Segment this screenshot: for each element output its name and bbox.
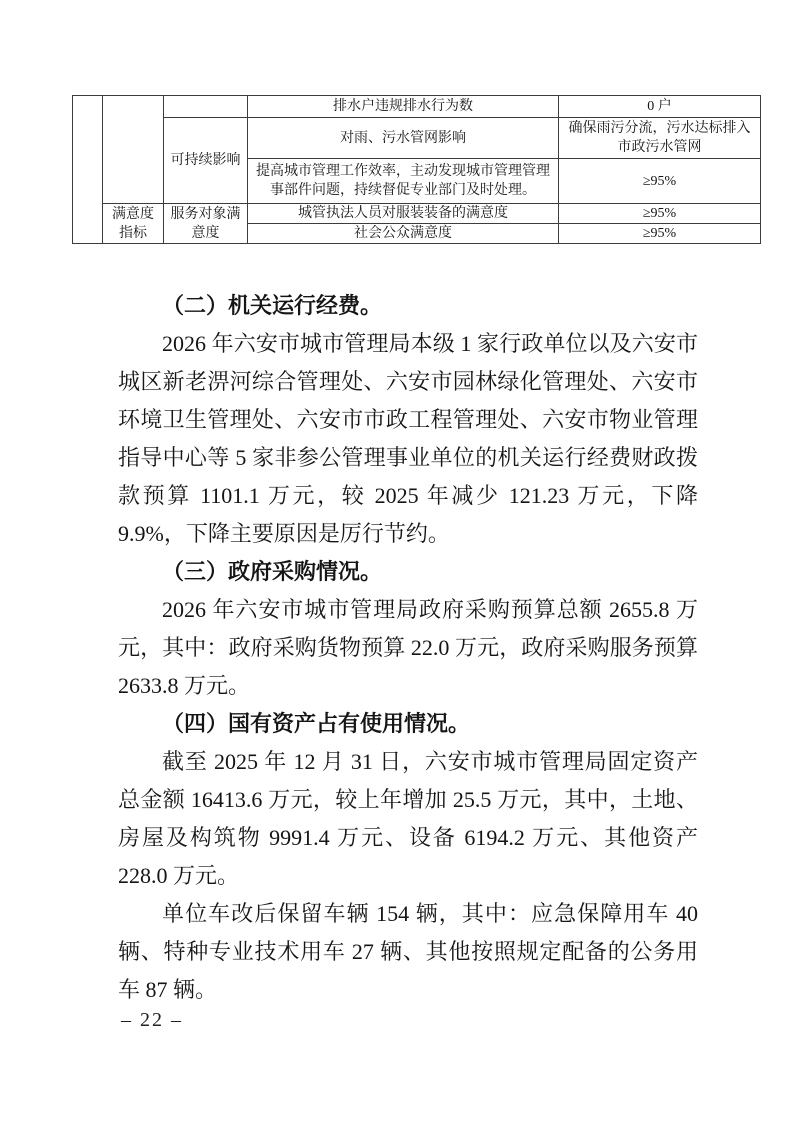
table-cell-indicator: 对雨、污水管网影响 [248,118,559,159]
section-heading-government-procurement: （三）政府采购情况。 [118,553,698,591]
table-row: 满意度指标 服务对象满意度 城管执法人员对服装装备的满意度 ≥95% [73,204,761,224]
paragraph-fixed-assets: 截至 2025 年 12 月 31 日，六安市城市管理局固定资产总金额 1641… [118,743,698,895]
table-cell-value: 0 户 [559,96,761,118]
section-heading-state-owned-assets: （四）国有资产占有使用情况。 [118,705,698,743]
paragraph-retained-vehicles: 单位车改后保留车辆 154 辆，其中：应急保障用车 40 辆、特种专业技术用车 … [118,895,698,1009]
paragraph-agency-operating-funds: 2026 年六安市城市管理局本级 1 家行政单位以及六安市城区新老淠河综合管理处… [118,325,698,553]
table-cell-value: ≥95% [559,159,761,204]
table-cell-indicator: 城管执法人员对服装装备的满意度 [248,204,559,224]
table-cell-group-satisfaction: 满意度指标 [103,204,164,244]
table-cell-indicator: 社会公众满意度 [248,224,559,244]
table-cell-indicator: 排水户违规排水行为数 [248,96,559,118]
table-row: 排水户违规排水行为数 0 户 [73,96,761,118]
table-cell-subgroup-sustainability: 可持续影响 [164,118,248,204]
section-heading-agency-operating-funds: （二）机关运行经费。 [118,287,698,325]
table-cell-value: 确保雨污分流，污水达标排入市政污水管网 [559,118,761,159]
paragraph-government-procurement: 2026 年六安市城市管理局政府采购预算总额 2655.8 万元，其中：政府采购… [118,591,698,705]
table-cell-value: ≥95% [559,224,761,244]
table-row: 可持续影响 对雨、污水管网影响 确保雨污分流，污水达标排入市政污水管网 [73,118,761,159]
table-cell-category-empty [73,96,103,244]
document-page: 排水户违规排水行为数 0 户 可持续影响 对雨、污水管网影响 确保雨污分流，污水… [0,0,793,1122]
table-cell-indicator: 提高城市管理工作效率，主动发现城市管理管理事部件问题，持续督促专业部门及时处理。 [248,159,559,204]
table-cell-value: ≥95% [559,204,761,224]
body-content: （二）机关运行经费。 2026 年六安市城市管理局本级 1 家行政单位以及六安市… [118,287,698,1009]
page-number: – 22 – [121,1009,183,1032]
performance-indicator-table: 排水户违规排水行为数 0 户 可持续影响 对雨、污水管网影响 确保雨污分流，污水… [72,95,761,244]
table-cell-subgroup-empty [164,96,248,118]
table-cell-subgroup-service-target: 服务对象满意度 [164,204,248,244]
table-cell-group-empty [103,96,164,204]
